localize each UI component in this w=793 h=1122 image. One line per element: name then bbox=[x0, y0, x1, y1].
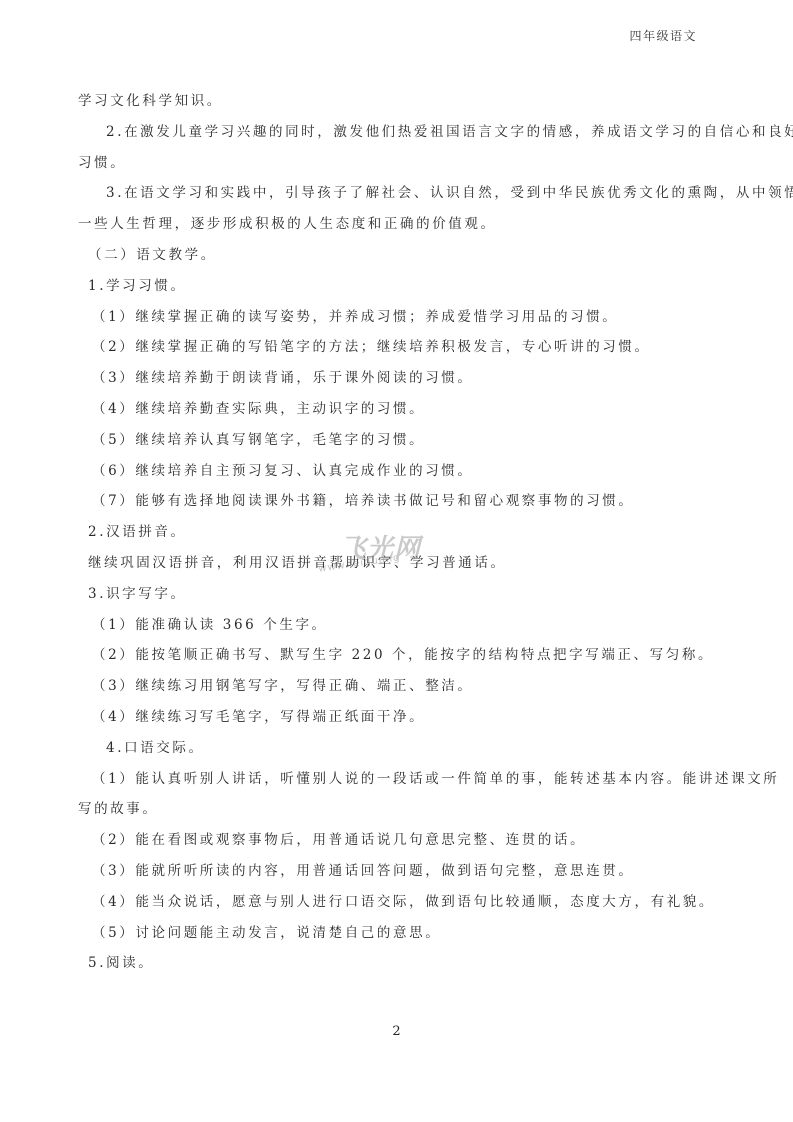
subsection-heading-pinyin: 2.汉语拼音。 bbox=[78, 517, 700, 548]
oral-item-1-continuation: 写的故事。 bbox=[78, 794, 700, 825]
document-body: 学习文化科学知识。 2.在激发儿童学习兴趣的同时，激发他们热爱祖国语言文字的情感… bbox=[78, 86, 700, 979]
subsection-heading-reading: 5.阅读。 bbox=[78, 948, 700, 979]
subsection-heading-habits: 1.学习习惯。 bbox=[78, 271, 700, 302]
habit-item-6: （6）继续培养自主预习复习、认真完成作业的习惯。 bbox=[78, 456, 700, 487]
page-header: 四年级语文 bbox=[629, 27, 697, 44]
oral-item-1: （1）能认真听别人讲话，听懂别人说的一段话或一件简单的事，能转述基本内容。能讲述… bbox=[78, 764, 700, 795]
section-heading-teaching: （二）语文教学。 bbox=[78, 240, 700, 271]
oral-item-5: （5）讨论问题能主动发言，说清楚自己的意思。 bbox=[78, 918, 700, 949]
paragraph-continuation: 学习文化科学知识。 bbox=[78, 86, 700, 117]
oral-item-2: （2）能在看图或观察事物后，用普通话说几句意思完整、连贯的话。 bbox=[78, 825, 700, 856]
goal-item-2: 2.在激发儿童学习兴趣的同时，激发他们热爱祖国语言文字的情感，养成语文学习的自信… bbox=[78, 117, 700, 148]
goal-item-2-continuation: 习惯。 bbox=[78, 148, 700, 179]
subsection-heading-characters: 3.识字写字。 bbox=[78, 579, 700, 610]
habit-item-4: （4）继续培养勤查实际典，主动识字的习惯。 bbox=[78, 394, 700, 425]
oral-item-4: （4）能当众说话，愿意与别人进行口语交际，做到语句比较通顺，态度大方，有礼貌。 bbox=[78, 887, 700, 918]
goal-item-3-continuation: 一些人生哲理，逐步形成积极的人生态度和正确的价值观。 bbox=[78, 209, 700, 240]
pinyin-paragraph: 继续巩固汉语拼音，利用汉语拼音帮助识字、学习普通话。 bbox=[78, 548, 700, 579]
characters-item-1: （1）能准确认读 366 个生字。 bbox=[78, 610, 700, 641]
page-number: 2 bbox=[0, 1024, 793, 1039]
habit-item-7: （7）能够有选择地阅读课外书籍，培养读书做记号和留心观察事物的习惯。 bbox=[78, 486, 700, 517]
habit-item-1: （1）继续掌握正确的读写姿势，并养成习惯；养成爱惜学习用品的习惯。 bbox=[78, 302, 700, 333]
habit-item-2: （2）继续掌握正确的写铅笔字的方法；继续培养积极发言，专心听讲的习惯。 bbox=[78, 332, 700, 363]
characters-item-2: （2）能按笔顺正确书写、默写生字 220 个，能按字的结构特点把字写端正、写匀称… bbox=[78, 640, 700, 671]
subsection-heading-oral: 4.口语交际。 bbox=[78, 733, 700, 764]
habit-item-5: （5）继续培养认真写钢笔字，毛笔字的习惯。 bbox=[78, 425, 700, 456]
characters-item-3: （3）继续练习用钢笔写字，写得正确、端正、整洁。 bbox=[78, 671, 700, 702]
goal-item-3: 3.在语文学习和实践中，引导孩子了解社会、认识自然，受到中华民族优秀文化的熏陶，… bbox=[78, 178, 700, 209]
oral-item-3: （3）能就所听所读的内容，用普通话回答问题，做到语句完整，意思连贯。 bbox=[78, 856, 700, 887]
habit-item-3: （3）继续培养勤于朗读背诵，乐于课外阅读的习惯。 bbox=[78, 363, 700, 394]
characters-item-4: （4）继续练习写毛笔字，写得端正纸面干净。 bbox=[78, 702, 700, 733]
